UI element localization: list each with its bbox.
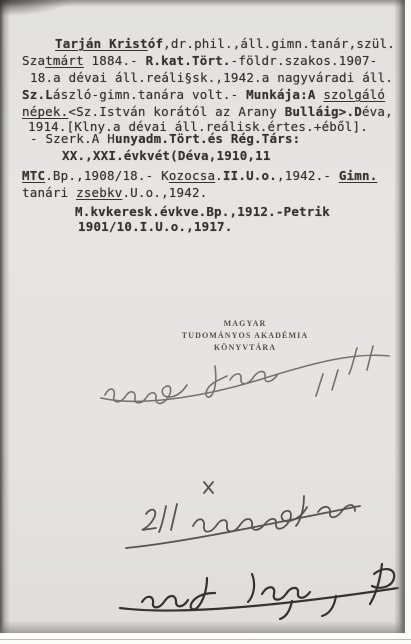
catalog-card-paper: Tarján Kristóf,dr.phil.,áll.gimn.tanár,s…	[0, 0, 405, 633]
typed-line: MTC.Bp.,1908/18.- Kozocsa.II.U.o.,1942.-…	[22, 168, 377, 183]
typed-segment: <Sz.István korától az Arany	[68, 104, 284, 119]
typed-line: 1901/10.I.U.o.,1917.	[22, 219, 233, 234]
typed-segment: .	[215, 168, 223, 183]
typed-segment: Munkája:A	[246, 87, 323, 102]
typed-segment: ,1942.-	[277, 168, 339, 183]
typed-line: Szatmárt 1884.- R.kat.Tört.-földr.szakos…	[22, 53, 377, 68]
typed-line: Sz.László-gimn.tanára volt.- Munkája:A s…	[22, 87, 385, 102]
typed-segment: szolgáló	[323, 87, 385, 102]
scanner-edge-line	[0, 639, 411, 640]
typed-segment: XX.,XXI.évkvét(Déva,1910,11	[62, 148, 271, 163]
typed-segment: zsebkv	[76, 185, 122, 200]
scanned-catalog-card-image: Tarján Kristóf,dr.phil.,áll.gimn.tanár,s…	[0, 0, 411, 644]
typed-segment: Bulláig>.D	[285, 104, 362, 119]
typed-line: XX.,XXI.évkvét(Déva,1910,11	[22, 148, 271, 163]
typed-line: - Szerk.A Hunyadm.Tört.és Rég.Társ:	[22, 131, 300, 146]
typed-segment: ozocsa	[169, 168, 215, 183]
typed-segment: unyadm.Tört.és Rég.Társ:	[115, 131, 300, 146]
typed-segment: éva,	[362, 104, 393, 119]
typed-line: népek.<Sz.István korától az Arany Bullái…	[22, 104, 393, 119]
stamp-line: MAGYAR	[163, 318, 327, 330]
typed-line: Tarján Kristóf,dr.phil.,áll.gimn.tanár,s…	[22, 36, 395, 51]
handwritten-pencil-annotation	[95, 338, 395, 408]
typed-line: tanári zsebkv.U.o.,1942.	[22, 185, 207, 200]
handwritten-note-annotation	[108, 468, 383, 553]
typed-segment: -földr.szakos.1907-	[231, 53, 378, 68]
typed-segment: Sza	[22, 53, 45, 68]
typed-segment: tmárt	[45, 53, 84, 68]
typed-segment: - Szerk.A H	[30, 131, 115, 146]
typed-segment: II.U.o.	[223, 168, 277, 183]
typed-segment: népek.	[22, 104, 68, 119]
typed-segment: 1884.-	[84, 53, 146, 68]
note-strokes	[126, 482, 360, 548]
typed-line: M.kvkeresk.évkve.Bp.,1912.-Petrik	[22, 204, 330, 219]
typed-segment: Tarján Krist	[55, 36, 148, 51]
typed-segment: 1901/10.I.U.o.,1917.	[78, 219, 233, 234]
typed-segment: .U.o.,1942.	[122, 185, 207, 200]
typed-segment: R.kat.Tört.	[146, 53, 231, 68]
typed-segment: .Bp.,1908/18.- K	[45, 168, 169, 183]
typed-segment: ászló-gimn.tanára volt.-	[53, 87, 246, 102]
typed-segment: MTC	[22, 168, 45, 183]
typed-segment: óf	[148, 36, 163, 51]
typed-segment: ,dr.phil.,áll.gimn.tanár,szül.	[163, 36, 395, 51]
typed-line: 18.a dévai áll.reáli§sk.,1942.a nagyvára…	[22, 70, 393, 85]
typed-segment: Gimn.	[339, 168, 378, 183]
typed-segment: Sz.L	[22, 87, 53, 102]
pencil-strokes	[101, 346, 389, 403]
signature-strokes	[120, 564, 398, 619]
typed-segment: 18.a dévai áll.reáli§sk.,1942.a nagyvára…	[30, 70, 393, 85]
typed-segment: M.kvkeresk.évkve.Bp.,1912.-Petrik	[75, 204, 330, 219]
typed-segment: tanári	[22, 185, 76, 200]
handwritten-signature	[112, 556, 407, 634]
